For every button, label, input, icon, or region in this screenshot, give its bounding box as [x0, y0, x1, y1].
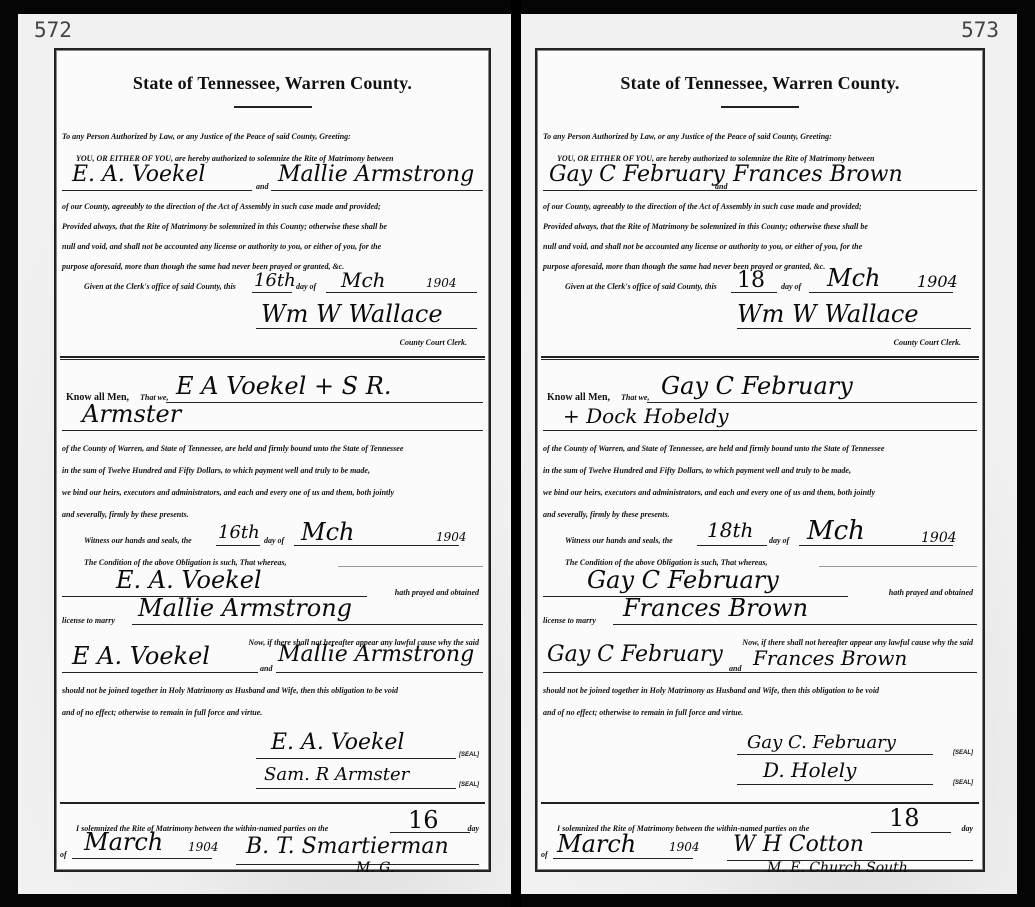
bond-names-line1 — [647, 402, 977, 403]
given-day-line — [252, 292, 292, 293]
section-divider — [60, 356, 485, 358]
para2-line1: of the County of Warren, and State of Te… — [62, 444, 483, 453]
clerk-signature-line — [737, 328, 971, 329]
sig1-line — [256, 758, 456, 759]
cond-bride: Frances Brown — [623, 594, 808, 622]
para2-line2: in the sum of Twelve Hundred and Fifty D… — [543, 466, 977, 475]
given-day-of: day of — [296, 282, 316, 291]
form-title: State of Tennessee, Warren County. — [56, 73, 489, 94]
signature-1: E. A. Voekel — [271, 730, 404, 755]
hath-prayed: hath prayed and obtained — [395, 588, 479, 597]
said-and: and — [260, 664, 272, 673]
of-word: of — [60, 850, 67, 859]
para1-line1: of our County, agreeably to the directio… — [543, 202, 977, 211]
marriage-license-form: State of Tennessee, Warren County. To an… — [535, 48, 985, 872]
witness-month: Mch — [301, 518, 354, 546]
day-word: day — [961, 824, 973, 833]
bond-names-1: E A Voekel + S R. — [176, 372, 391, 400]
witness-prefix: Witness our hands and seals, the — [84, 536, 192, 545]
witness-year: 1904 — [436, 530, 467, 544]
para2-line3: we bind our heirs, executors and adminis… — [62, 488, 483, 497]
given-prefix: Given at the Clerk's office of said Coun… — [84, 282, 236, 291]
given-day-of: day of — [781, 282, 801, 291]
bond-names-line2 — [62, 430, 483, 431]
page-number: 572 — [34, 18, 72, 42]
witness-day: 16th — [218, 522, 260, 543]
said-couple-line — [543, 672, 977, 673]
greeting-line: To any Person Authorized by Law, or any … — [543, 132, 977, 141]
para2-line4: and severally, firmly by these presents. — [543, 510, 977, 519]
said-bride: Frances Brown — [753, 646, 907, 670]
marriage-license-form: State of Tennessee, Warren County. To an… — [54, 48, 491, 872]
said-groom: E A. Voekel — [72, 642, 210, 670]
clerk-signature: Wm W Wallace — [261, 300, 443, 328]
condition-rule — [819, 566, 977, 567]
bond-names-line2 — [543, 430, 977, 431]
witness-day-of: day of — [264, 536, 284, 545]
bride-name: Mallie Armstrong — [278, 162, 474, 187]
cond-bride-line — [132, 624, 483, 625]
given-prefix: Given at the Clerk's office of said Coun… — [565, 282, 717, 291]
hath-prayed: hath prayed and obtained — [889, 588, 973, 597]
para1-line2: Provided always, that the Rite of Matrim… — [62, 222, 483, 231]
para1-line2: Provided always, that the Rite of Matrim… — [543, 222, 977, 231]
seal-label-1: [SEAL] — [953, 750, 973, 756]
page-number: 573 — [961, 18, 999, 42]
para2-line4: and severally, firmly by these presents. — [62, 510, 483, 519]
seal-label-1: [SEAL] — [459, 752, 479, 758]
given-day: 16th — [254, 270, 296, 291]
para1-line1: of our County, agreeably to the directio… — [62, 202, 483, 211]
clerk-title: County Court Clerk. — [894, 338, 961, 347]
bond-names-2: + Dock Hobeldy — [563, 404, 729, 428]
solemnized-day: 16 — [408, 806, 439, 834]
title-rule — [721, 106, 799, 108]
para2-line2: in the sum of Twelve Hundred and Fifty D… — [62, 466, 483, 475]
para2-line1: of the County of Warren, and State of Te… — [543, 444, 977, 453]
witness-day-line — [697, 545, 767, 546]
cond-groom: Gay C February — [587, 566, 779, 594]
groom-line — [62, 190, 252, 191]
day-word: day — [467, 824, 479, 833]
officiant-signature: B. T. Smartierman — [246, 834, 449, 859]
para1-line3: null and void, and shall not be accounte… — [62, 242, 483, 251]
signature-2: D. Holely — [763, 758, 856, 782]
license-to-marry: license to marry — [62, 616, 115, 625]
given-month-line — [326, 292, 477, 293]
solemnized-month-line — [72, 858, 212, 859]
given-year: 1904 — [426, 276, 457, 290]
witness-day-of: day of — [769, 536, 789, 545]
sig2-line — [737, 784, 933, 785]
given-day: 18 — [737, 268, 765, 293]
and-word: and — [256, 182, 268, 191]
witness-prefix: Witness our hands and seals, the — [565, 536, 673, 545]
clerk-title: County Court Clerk. — [400, 338, 467, 347]
said-bride-line — [276, 672, 483, 673]
solemnized-month: March — [84, 828, 163, 856]
sig1-line — [737, 754, 933, 755]
cond-groom: E. A. Voekel — [116, 566, 262, 594]
license-to-marry: license to marry — [543, 616, 596, 625]
witness-year: 1904 — [921, 530, 957, 546]
section-divider-thin — [60, 359, 485, 360]
cond-bride: Mallie Armstrong — [138, 594, 352, 622]
officiant-title: M. E. Church South — [767, 860, 908, 876]
para2-line3: we bind our heirs, executors and adminis… — [543, 488, 977, 497]
bond-names-line1 — [166, 402, 483, 403]
said-bride: Mallie Armstrong — [278, 642, 474, 667]
para3-line1: should not be joined together in Holy Ma… — [543, 686, 977, 695]
of-word: of — [541, 850, 548, 859]
solemnized-day-line — [871, 832, 951, 833]
and-word: and — [715, 182, 727, 191]
said-groom-line — [62, 672, 258, 673]
para1-line3: null and void, and shall not be accounte… — [543, 242, 977, 251]
given-month-line — [809, 292, 953, 293]
witness-day: 18th — [707, 518, 753, 542]
officiant-signature: W H Cotton — [733, 832, 864, 857]
solemnized-month: March — [557, 830, 636, 858]
witness-day-line — [216, 545, 260, 546]
couple-line — [543, 190, 977, 191]
bride-line — [271, 190, 483, 191]
para3-line2: and of no effect; otherwise to remain in… — [62, 708, 483, 717]
groom-name: E. A. Voekel — [72, 162, 205, 187]
solemnized-month-line — [553, 858, 693, 859]
solemnized-year: 1904 — [188, 840, 219, 854]
solemnized-year: 1904 — [669, 840, 700, 854]
greeting-line: To any Person Authorized by Law, or any … — [62, 132, 483, 141]
para3-line2: and of no effect; otherwise to remain in… — [543, 708, 977, 717]
know-all-men: Know all Men, — [547, 392, 610, 403]
signature-2: Sam. R Armster — [264, 764, 409, 785]
said-groom: Gay C February — [547, 642, 723, 667]
bride-name: Frances Brown — [733, 162, 903, 187]
bond-names-1: Gay C February — [661, 372, 853, 400]
page-left: 572 State of Tennessee, Warren County. T… — [18, 14, 511, 894]
title-rule — [234, 106, 312, 108]
bond-names-2: Armster — [82, 400, 181, 428]
form-title: State of Tennessee, Warren County. — [537, 73, 983, 94]
section-divider — [541, 356, 979, 358]
seal-label-2: [SEAL] — [953, 780, 973, 786]
clerk-signature-line — [256, 328, 477, 329]
clerk-signature: Wm W Wallace — [737, 300, 919, 328]
para3-line1: should not be joined together in Holy Ma… — [62, 686, 483, 695]
said-and: and — [729, 664, 741, 673]
signature-1: Gay C. February — [747, 732, 896, 753]
page-right: 573 State of Tennessee, Warren County. T… — [521, 14, 1017, 894]
witness-month: Mch — [807, 516, 865, 546]
book-spine — [511, 0, 521, 907]
section-divider-thin — [541, 359, 979, 360]
solemnized-day: 18 — [889, 804, 920, 832]
sig2-line — [256, 788, 456, 789]
given-month: Mch — [827, 264, 880, 292]
condition-rule — [338, 566, 483, 567]
cond-bride-line — [613, 624, 977, 625]
know-that: That we, — [621, 393, 649, 402]
given-month: Mch — [341, 268, 386, 292]
given-year: 1904 — [917, 272, 958, 291]
groom-name: Gay C February — [549, 162, 725, 187]
section-divider — [60, 802, 485, 804]
officiant-title: M. G. — [356, 860, 394, 876]
seal-label-2: [SEAL] — [459, 782, 479, 788]
